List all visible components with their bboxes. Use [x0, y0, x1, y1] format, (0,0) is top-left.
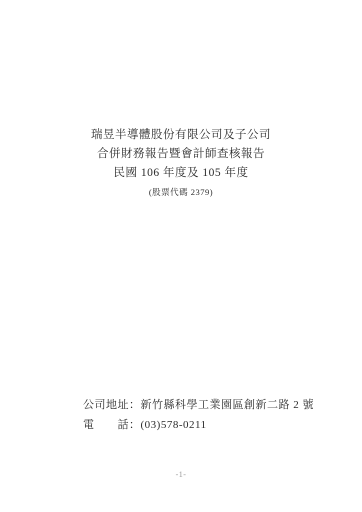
- company-address-line: 公司地址：新竹縣科學工業園區創新二路 2 號: [83, 395, 314, 415]
- title-block: 瑞昱半導體股份有限公司及子公司 合併財務報告暨會計師查核報告 民國 106 年度…: [0, 126, 362, 202]
- document-page: 瑞昱半導體股份有限公司及子公司 合併財務報告暨會計師查核報告 民國 106 年度…: [0, 0, 362, 512]
- company-phone-line: 電 話：(03)578-0211: [83, 415, 314, 435]
- company-info-block: 公司地址：新竹縣科學工業園區創新二路 2 號 電 話：(03)578-0211: [83, 395, 314, 435]
- report-title-line: 合併財務報告暨會計師查核報告: [0, 145, 362, 164]
- page-number: -1-: [0, 470, 362, 479]
- report-period-line: 民國 106 年度及 105 年度: [0, 164, 362, 183]
- company-name-line: 瑞昱半導體股份有限公司及子公司: [0, 126, 362, 145]
- stock-code-line: (股票代碼 2379): [0, 183, 362, 202]
